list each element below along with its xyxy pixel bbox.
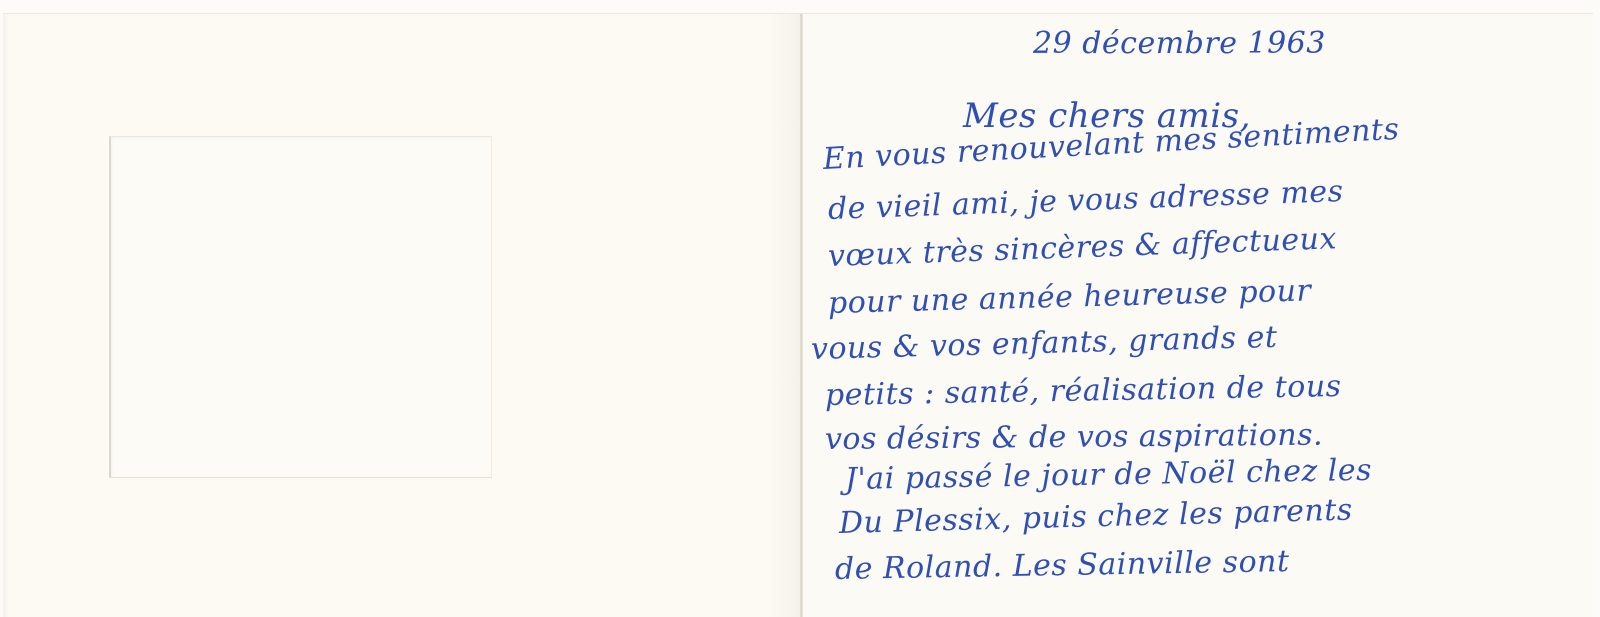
- card-right-panel: 29 décembre 1963 Mes chers amis, En vous…: [803, 14, 1593, 617]
- photo-window: [109, 136, 492, 478]
- letter-line: petits : santé, réalisation de tous: [825, 369, 1342, 413]
- letter-date: 29 décembre 1963: [1033, 26, 1326, 61]
- scanned-card: 29 décembre 1963 Mes chers amis, En vous…: [0, 0, 1600, 617]
- letter-line: J'ai passé le jour de Noël chez les: [845, 453, 1373, 497]
- greeting-card: 29 décembre 1963 Mes chers amis, En vous…: [3, 14, 1593, 617]
- letter-line: pour une année heureuse pour: [828, 273, 1312, 321]
- letter-line: vous & vos enfants, grands et: [811, 320, 1278, 367]
- letter-line: vos désirs & de vos aspirations.: [825, 418, 1323, 457]
- letter-line: Du Plessix, puis chez les parents: [839, 493, 1354, 541]
- card-left-panel: [3, 14, 800, 617]
- letter-line: de Roland. Les Sainville sont: [835, 544, 1290, 587]
- letter-line: de vieil ami, je vous adresse mes: [827, 174, 1344, 227]
- letter-line: vœux très sincères & affectueux: [827, 221, 1337, 274]
